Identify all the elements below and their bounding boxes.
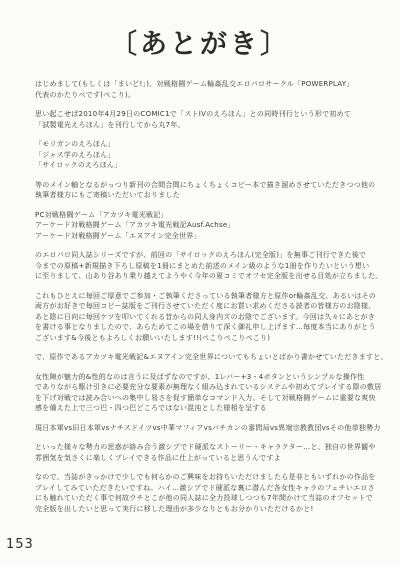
paragraph-greeting: はじめまして(もしくは「まいど!」)、対戦格闘ゲーム輪姦乱交エロパロサークル「P…	[35, 79, 376, 100]
paragraph-copybooks: 等のメイン軸となるがっつり新刊の合間合間にちょくちょくコピー本で描き溜めさせてい…	[35, 180, 376, 201]
text-line: のエロパロ同人誌シリーズですが、前回の「サイロックのえろほん(完全版)」を無事ご…	[35, 250, 376, 261]
text-line: で、原作であるアカツキ電光戦記&エヌアイン完全世界についてもちょいとばかり書かせ…	[35, 352, 376, 363]
text-line: なので、当誌がきっかけで少しでも何らかのご興味をお持ちいただけましたら是非ともい…	[35, 472, 376, 483]
text-line: はじめまして(もしくは「まいど!」)、対戦格闘ゲーム輪姦乱交エロパロサークル「P…	[35, 79, 376, 90]
text-line: プレイしてみていただきたいですね。ハイ…激シブでド硬派な裏に潜んだ各女性キャラの…	[35, 483, 376, 494]
text-line: 「ジャス学のえろほん」	[35, 150, 376, 161]
paragraph-gameplay: 女性陣が魅力的&性的なのは言うに及ばずなのですが、1レバー+3・4ボタンというシ…	[35, 372, 376, 414]
text-line: 女性陣が魅力的&性的なのは言うに及ばずなのですが、1レバー+3・4ボタンというシ…	[35, 372, 376, 383]
text-line: PC対戦格闘ゲーム「アカツキ電光戦記」	[35, 210, 376, 221]
text-line: でありながら駆け引きに必要充分な要素が無理なく組み込まれているシステムや初めてプ…	[35, 382, 376, 393]
text-line: といった様々な勢力の思惑が絡み合う激シブでド硬派なストーリー・キャラクター…と、…	[35, 442, 376, 453]
text-line: 完全版を出したいと思って実行に移した理由が多少なりともお分かりいただけるかと!	[35, 504, 376, 515]
text-line: 雰囲気を気さくに楽しくプレイできる作品に仕上がっていると思うんですよ	[35, 453, 376, 464]
text-line: 両方がお好きで毎回コピー誌版をご刊行させていただく度にお買い求めくださる読者の皆…	[35, 301, 376, 312]
text-line: ございます&今後ともよろしくお願いいたします!!(ぺこりぺこりぺこり)	[35, 333, 376, 344]
text-line: 「サイロックのえろほん」	[35, 160, 376, 171]
paragraph-thanks: これもひとえに毎回ご厚意でご参加・ご執筆くださっている執筆者様方と原作or輪姦乱…	[35, 291, 376, 344]
text-line: 執筆者様方にもご寄稿いただいておりました	[35, 190, 376, 201]
paragraph-story: といった様々な勢力の思惑が絡み合う激シブでド硬派なストーリー・キャラクター…と、…	[35, 442, 376, 463]
paragraph-game-list: PC対戦格闘ゲーム「アカツキ電光戦記」 アーケード対戦格闘ゲーム「アカツキ電光戦…	[35, 210, 376, 242]
paragraph-series: のエロパロ同人誌シリーズですが、前回の「サイロックのえろほん(完全版)」を無事ご…	[35, 250, 376, 282]
paragraph-source-intro: で、原作であるアカツキ電光戦記&エヌアイン完全世界についてもちょいとばかり書かせ…	[35, 352, 376, 363]
text-line: にも触れていただく事で何故ウチとこが他の同人誌に全力投球しつつも7年間かけて当誌…	[35, 493, 376, 504]
text-line: を書ける事となりましたので、あらためてこの場を借りて深く御礼申し上げます…毎度本…	[35, 322, 376, 333]
paragraph-book-list: 「モリガンのえろほん」 「ジャス学のえろほん」 「サイロックのえろほん」	[35, 139, 376, 171]
text-line: を下げ対戦では読み合いへの集中し易さを促す簡単なコマンド入力、そして対戦格闘ゲー…	[35, 393, 376, 404]
text-line: これもひとえに毎回ご厚意でご参加・ご執筆くださっている執筆者様方と原作or輪姦乱…	[35, 291, 376, 302]
page-number: 153	[6, 537, 34, 552]
body-text: はじめまして(もしくは「まいど!」)、対戦格闘ゲーム輪姦乱交エロパロサークル「P…	[0, 61, 400, 514]
text-line: 代表のかたりべです(ぺこり)。	[35, 90, 376, 101]
text-line: 「試製電光えろほん」を刊行してから丸7年。	[35, 120, 376, 131]
page-title: 〔あとがき〕	[0, 0, 400, 61]
text-line: 等のメイン軸となるがっつり新刊の合間合間にちょくちょくコピー本で描き溜めさせてい…	[35, 180, 376, 191]
text-line: アーケード対戦格闘ゲーム「エヌアイン完全世界」	[35, 231, 376, 242]
paragraph-closing: なので、当誌がきっかけで少しでも何らかのご興味をお持ちいただけましたら是非ともい…	[35, 472, 376, 514]
text-line: 「モリガンのえろほん」	[35, 139, 376, 150]
text-line: 現日本軍vs旧日本軍vsナチスドイツvs中華マフィアvsバチカンの審問局vs異端…	[35, 423, 376, 434]
text-line: アーケード対戦格闘ゲーム「アカツキ電光戦記Ausf.Achse」	[35, 220, 376, 231]
afterword-page: 〔あとがき〕 はじめまして(もしくは「まいど!」)、対戦格闘ゲーム輪姦乱交エロパ…	[0, 0, 400, 565]
text-line: あと陰に日向に毎回ケツを叩いてくれる昔からの同人身内ズのお陰でございます。今回は…	[35, 312, 376, 323]
text-line: 感を備えた上で三つ巴・四つ巴どころではない混沌とした様相を呈する	[35, 403, 376, 414]
text-line: 今までの原稿+新規描き下ろし原稿を1冊にまとめた前述のメイン級のような1冊を作り…	[35, 261, 376, 272]
text-line: 思い起こせば2010年4月29日のCOMIC1で「ストIVのえろほん」との同時刊…	[35, 109, 376, 120]
text-line: に至りまして、山あり谷あり乗り越えてようやく今年の夏コミでオフセ完全版を出せる目…	[35, 271, 376, 282]
paragraph-history: 思い起こせば2010年4月29日のCOMIC1で「ストIVのえろほん」との同時刊…	[35, 109, 376, 130]
paragraph-factions: 現日本軍vs旧日本軍vsナチスドイツvs中華マフィアvsバチカンの審問局vs異端…	[35, 423, 376, 434]
